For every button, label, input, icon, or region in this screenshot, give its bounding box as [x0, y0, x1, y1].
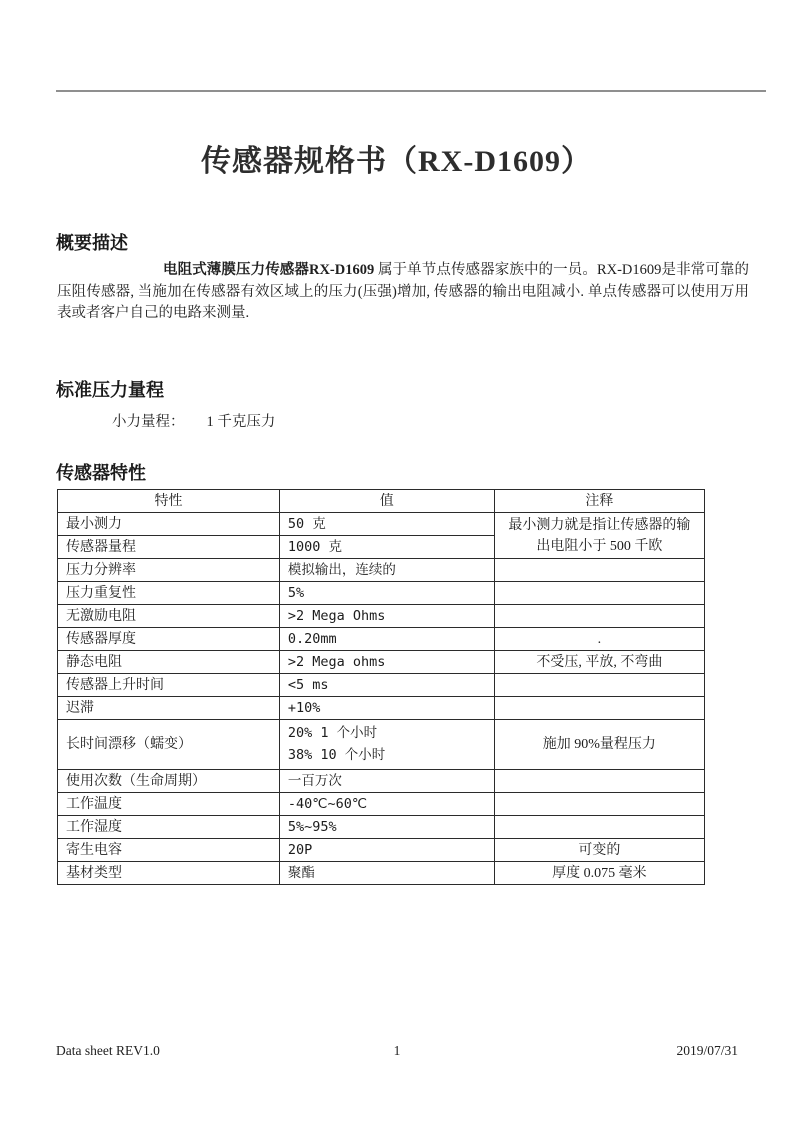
footer-date: 2019/07/31 — [511, 1043, 738, 1059]
note-cell — [494, 770, 704, 793]
section-heading-pressure-range: 标准压力量程 — [56, 376, 164, 402]
value-cell: 50 克 — [279, 513, 494, 536]
note-cell — [494, 559, 704, 582]
note-cell: 可变的 — [494, 839, 704, 862]
note-cell — [494, 582, 704, 605]
characteristics-table: 特性 值 注释 最小测力50 克最小测力就是指让传感器的输出电阻小于 500 千… — [57, 489, 705, 885]
table-row: 使用次数（生命周期）一百万次 — [58, 770, 705, 793]
table-header-row: 特性 值 注释 — [58, 490, 705, 513]
header-cell-value: 值 — [279, 490, 494, 513]
note-cell: . — [494, 628, 704, 651]
value-cell: 1000 克 — [279, 536, 494, 559]
feature-cell: 传感器上升时间 — [58, 674, 280, 697]
note-cell — [494, 674, 704, 697]
note-cell — [494, 793, 704, 816]
note-cell — [494, 697, 704, 720]
feature-cell: 静态电阻 — [58, 651, 280, 674]
table-row: 基材类型聚酯厚度 0.075 毫米 — [58, 862, 705, 885]
feature-cell: 工作湿度 — [58, 816, 280, 839]
value-cell: +10% — [279, 697, 494, 720]
table-row: 寄生电容20P可变的 — [58, 839, 705, 862]
table-row: 压力重复性5% — [58, 582, 705, 605]
table-row: 传感器厚度0.20mm. — [58, 628, 705, 651]
datasheet-page: 传感器规格书（RX-D1609） 概要描述 电阻式薄膜压力传感器RX-D1609… — [0, 0, 793, 1122]
feature-cell: 迟滞 — [58, 697, 280, 720]
value-cell: >2 Mega Ohms — [279, 605, 494, 628]
value-cell: 20P — [279, 839, 494, 862]
footer-page-number: 1 — [283, 1043, 510, 1059]
table-row: 工作湿度5%~95% — [58, 816, 705, 839]
note-cell — [494, 816, 704, 839]
value-cell: -40℃~60℃ — [279, 793, 494, 816]
value-cell: 20% 1 个小时38% 10 个小时 — [279, 720, 494, 770]
feature-cell: 寄生电容 — [58, 839, 280, 862]
table-row: 最小测力50 克最小测力就是指让传感器的输出电阻小于 500 千欧 — [58, 513, 705, 536]
feature-cell: 压力重复性 — [58, 582, 280, 605]
range-value: 1 千克压力 — [207, 414, 276, 430]
footer-revision: Data sheet REV1.0 — [56, 1043, 283, 1059]
header-cell-feature: 特性 — [58, 490, 280, 513]
value-cell: <5 ms — [279, 674, 494, 697]
feature-cell: 工作温度 — [58, 793, 280, 816]
feature-cell: 传感器量程 — [58, 536, 280, 559]
section-heading-characteristics: 传感器特性 — [56, 459, 146, 485]
value-cell: 聚酯 — [279, 862, 494, 885]
table-body: 最小测力50 克最小测力就是指让传感器的输出电阻小于 500 千欧传感器量程10… — [58, 513, 705, 885]
note-cell — [494, 605, 704, 628]
range-label: 小力量程： — [112, 414, 185, 430]
table-row: 静态电阻>2 Mega ohms不受压, 平放, 不弯曲 — [58, 651, 705, 674]
value-line: 20% 1 个小时 — [288, 723, 486, 745]
feature-cell: 长时间漂移（蠕变） — [58, 720, 280, 770]
value-cell: 5% — [279, 582, 494, 605]
note-cell: 不受压, 平放, 不弯曲 — [494, 651, 704, 674]
feature-cell: 压力分辨率 — [58, 559, 280, 582]
top-divider-rule — [56, 90, 766, 92]
overview-paragraph-lead: 电阻式薄膜压力传感器RX-D1609 — [163, 262, 374, 278]
pressure-range-line: 小力量程：1 千克压力 — [112, 410, 275, 431]
value-cell: 模拟输出，连续的 — [279, 559, 494, 582]
value-cell: 5%~95% — [279, 816, 494, 839]
table-row: 迟滞+10% — [58, 697, 705, 720]
feature-cell: 使用次数（生命周期） — [58, 770, 280, 793]
feature-cell: 传感器厚度 — [58, 628, 280, 651]
feature-cell: 最小测力 — [58, 513, 280, 536]
table-row: 长时间漂移（蠕变）20% 1 个小时38% 10 个小时施加 90%量程压力 — [58, 720, 705, 770]
value-line: 38% 10 个小时 — [288, 745, 486, 767]
header-cell-note: 注释 — [494, 490, 704, 513]
table-row: 压力分辨率模拟输出，连续的 — [58, 559, 705, 582]
page-footer: Data sheet REV1.0 1 2019/07/31 — [56, 1043, 738, 1059]
feature-cell: 基材类型 — [58, 862, 280, 885]
value-cell: 一百万次 — [279, 770, 494, 793]
table-row: 工作温度-40℃~60℃ — [58, 793, 705, 816]
section-heading-overview: 概要描述 — [56, 229, 128, 255]
overview-paragraph: 电阻式薄膜压力传感器RX-D1609 属于单节点传感器家族中的一员。RX-D16… — [57, 260, 749, 325]
feature-cell: 无激励电阻 — [58, 605, 280, 628]
table-row: 传感器上升时间<5 ms — [58, 674, 705, 697]
value-cell: >2 Mega ohms — [279, 651, 494, 674]
overview-paragraph-body: 属于单节点传感器家族中的一员。RX-D1609是非常可靠的压阻传感器, 当施加在… — [57, 262, 749, 321]
note-cell: 施加 90%量程压力 — [494, 720, 704, 770]
value-cell: 0.20mm — [279, 628, 494, 651]
note-cell: 厚度 0.075 毫米 — [494, 862, 704, 885]
table-row: 无激励电阻>2 Mega Ohms — [58, 605, 705, 628]
document-title: 传感器规格书（RX-D1609） — [0, 136, 793, 180]
note-cell: 最小测力就是指让传感器的输出电阻小于 500 千欧 — [494, 513, 704, 559]
